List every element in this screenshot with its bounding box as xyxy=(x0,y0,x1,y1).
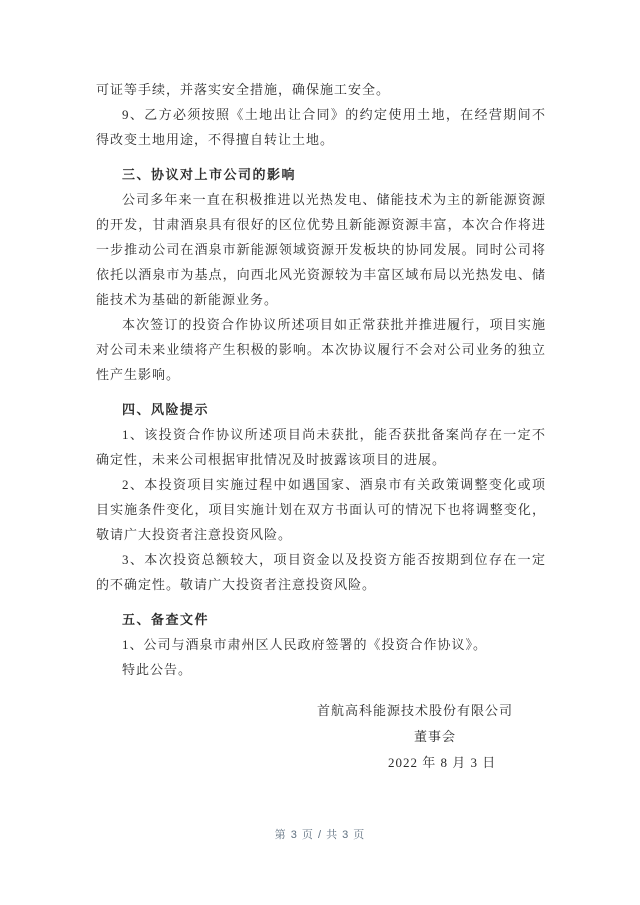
section-heading-risk: 四、风险提示 xyxy=(96,397,546,422)
section-heading-documents: 五、备查文件 xyxy=(96,607,546,632)
paragraph-impact-2: 本次签订的投资合作协议所述项目如正常获批并推进履行，项目实施对公司未来业绩将产生… xyxy=(96,312,546,387)
page-footer-indicator: 第 3 页 / 共 3 页 xyxy=(0,826,640,842)
paragraph-land-item-9: 9、乙方必须按照《土地出让合同》的约定使用土地，在经营期间不得改变土地用途，不得… xyxy=(96,102,546,152)
document-page: 可证等手续，并落实安全措施，确保施工安全。 9、乙方必须按照《土地出让合同》的约… xyxy=(0,0,640,905)
paragraph-closing: 特此公告。 xyxy=(96,657,546,682)
signature-date: 2022 年 8 月 3 日 xyxy=(96,750,546,776)
section-heading-impact: 三、协议对上市公司的影响 xyxy=(96,162,546,187)
paragraph-permit-continuation: 可证等手续，并落实安全措施，确保施工安全。 xyxy=(96,77,546,102)
signature-board: 董事会 xyxy=(96,724,546,750)
signature-company-name: 首航高科能源技术股份有限公司 xyxy=(96,698,546,724)
paragraph-risk-2: 2、本投资项目实施过程中如遇国家、酒泉市有关政策调整变化或项目实施条件变化，项目… xyxy=(96,472,546,547)
paragraph-documents-1: 1、公司与酒泉市肃州区人民政府签署的《投资合作协议》。 xyxy=(96,632,546,657)
document-content: 可证等手续，并落实安全措施，确保施工安全。 9、乙方必须按照《土地出让合同》的约… xyxy=(96,77,546,776)
paragraph-risk-3: 3、本次投资总额较大，项目资金以及投资方能否按期到位存在一定的不确定性。敬请广大… xyxy=(96,547,546,597)
signature-block: 首航高科能源技术股份有限公司 董事会 2022 年 8 月 3 日 xyxy=(96,698,546,776)
paragraph-risk-1: 1、该投资合作协议所述项目尚未获批，能否获批备案尚存在一定不确定性，未来公司根据… xyxy=(96,422,546,472)
paragraph-impact-1: 公司多年来一直在积极推进以光热发电、储能技术为主的新能源资源的开发，甘肃酒泉具有… xyxy=(96,187,546,312)
